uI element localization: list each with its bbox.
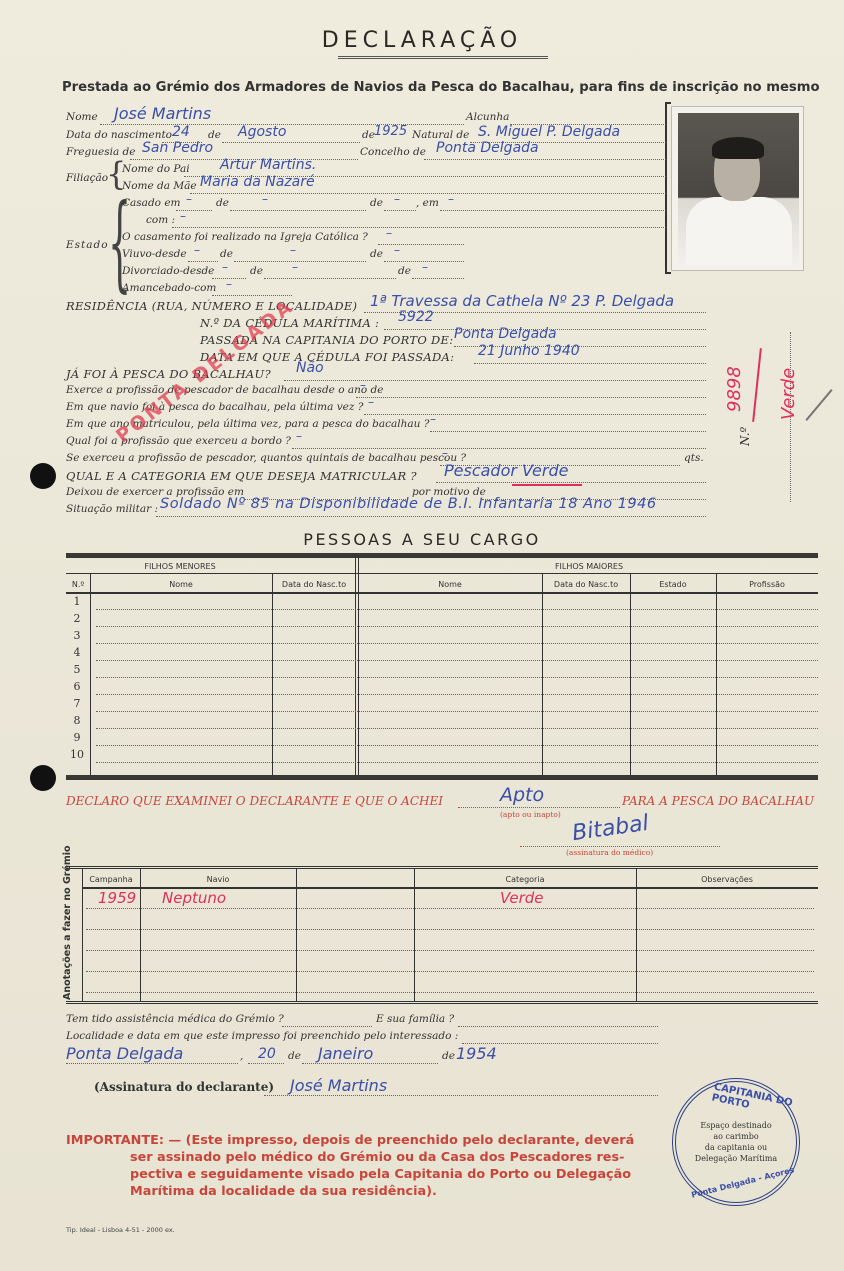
de-label: de [362, 129, 375, 141]
residencia-field[interactable]: 1ª Travessa da Cathela Nº 23 P. Delgada [370, 292, 674, 310]
maiores-header: FILHOS MAIORES [360, 562, 818, 571]
casado-mes-value: – [262, 192, 268, 206]
residencia-label: RESIDÊNCIA (RUA, NÚMERO E LOCALIDADE) [66, 299, 357, 313]
binder-hole [30, 765, 56, 791]
rule [66, 573, 818, 574]
important-line: pectiva e seguidamente visado pela Capit… [66, 1166, 652, 1183]
important-line: ser assinado pelo médico do Grémio ou da… [66, 1149, 652, 1166]
categoria-field[interactable]: Pescador Verde [444, 461, 568, 480]
cedula-field[interactable]: 5922 [398, 309, 434, 325]
quintais-label: Se exerceu a profissão de pescador, quan… [66, 452, 466, 464]
categoria-cell: Verde [500, 889, 544, 907]
navio-label: Em que navio foi à pesca do bacalhau, pe… [66, 401, 363, 413]
nome-field[interactable]: José Martins [114, 104, 211, 123]
casado-local-value: – [448, 192, 454, 206]
side-number-value: 9898 [724, 366, 745, 412]
red-underline [512, 484, 582, 486]
table-bottom-rule [66, 775, 818, 780]
table-row[interactable]: 3 [66, 628, 818, 645]
amancebado-field[interactable] [212, 295, 292, 296]
annotations-bottom-rule [66, 1001, 818, 1004]
qts-label: qts. [684, 452, 704, 464]
title-underline [338, 56, 548, 59]
mes-line [302, 1063, 438, 1064]
pai-label: Nome do Pai [122, 163, 190, 175]
important-lead: IMPORTANTE: — (Este impresso, depois de … [66, 1132, 652, 1149]
familia-field[interactable] [458, 1026, 658, 1027]
nascimento-dia-field[interactable]: 24 [172, 124, 190, 140]
apto-hint: (apto ou inapto) [500, 810, 561, 819]
igreja-label: O casamento foi realizado na Igreja Cató… [122, 231, 368, 243]
row-number: 2 [62, 612, 92, 625]
section-title-dependents: PESSOAS A SEU CARGO [0, 530, 844, 549]
page-title: DECLARAÇÃO [0, 28, 844, 53]
de-label: de [398, 265, 411, 277]
stamp-inner-text: Espaço destinado ao carimbo da capitania… [676, 1120, 796, 1164]
row-number: 8 [62, 714, 92, 727]
divorciado-dia-value: – [222, 260, 228, 274]
divorciado-ano-field[interactable] [412, 278, 464, 279]
printer-footer: Tip. Ideal - Lisboa 4-51 - 2000 ex. [66, 1226, 175, 1234]
col-maiores-data: Data do Nasc.to [542, 580, 630, 589]
closing-dia-field[interactable]: 20 [258, 1046, 276, 1062]
medical-declaration: DECLARO QUE EXAMINEI O DECLARANTE E QUE … [66, 794, 443, 808]
closing-ano-field[interactable]: 1954 [456, 1044, 497, 1063]
concelho-field[interactable]: Ponta Delgada [436, 140, 539, 156]
viuvo-mes-value: – [290, 243, 296, 257]
divorciado-ano-value: – [422, 260, 428, 274]
exerce-field[interactable] [356, 397, 706, 398]
declaration-form: DECLARAÇÃO Prestada ao Grémio dos Armado… [0, 0, 844, 1271]
apto-field[interactable]: Apto [500, 784, 544, 806]
mes-line [222, 142, 360, 143]
binder-hole [30, 463, 56, 489]
concelho-label: Concelho de [360, 146, 426, 158]
page-subtitle: Prestada ao Grémio dos Armadores de Navi… [62, 80, 832, 95]
id-photo [671, 106, 804, 271]
row-number: 10 [62, 748, 92, 761]
table-row[interactable]: 1959 Neptuno Verde [82, 889, 818, 910]
assistencia-label: Tem tido assistência médica do Grémio ? [66, 1013, 284, 1025]
assistencia-field[interactable] [282, 1026, 372, 1027]
col-navio: Navio [140, 875, 296, 884]
mae-label: Nome da Mãe [122, 180, 197, 192]
localidade-field[interactable]: Ponta Delgada [66, 1044, 183, 1063]
filiacao-label: Filiação [66, 172, 108, 184]
row-number: 6 [62, 680, 92, 693]
viuvo-mes-field[interactable] [234, 261, 366, 262]
de-label: de [370, 197, 383, 209]
exerce-label: Exerce a profissão de pescador de bacalh… [66, 384, 384, 396]
stamp-ring-top: CAPITANIA DO PORTO [711, 1082, 798, 1121]
divorciado-mes-field[interactable] [264, 278, 396, 279]
col-estado: Estado [630, 580, 716, 589]
important-line: Marítima da localidade da sua residência… [66, 1183, 652, 1200]
important-notice: IMPORTANTE: — (Este impresso, depois de … [66, 1132, 652, 1200]
casado-local-field[interactable] [440, 210, 666, 211]
em-label: , em [416, 197, 439, 209]
side-verde-value: Verde [778, 368, 799, 420]
divorciado-label: Divorciado-desde [122, 265, 214, 277]
localidade-label: Localidade e data em que este impresso f… [66, 1030, 458, 1042]
casado-dia-value: – [186, 192, 192, 206]
menores-header: FILHOS MENORES [90, 562, 270, 571]
table-row[interactable] [82, 973, 818, 994]
annotations-top-rule [66, 866, 818, 869]
ano-field[interactable] [430, 431, 706, 432]
casado-mes-field[interactable] [230, 210, 366, 211]
profissao-field[interactable] [292, 448, 706, 449]
col-menores-data: Data do Nasc.to [272, 580, 356, 589]
familia-label: E sua família ? [376, 1013, 454, 1025]
localidade-value-line [66, 1063, 238, 1064]
stamp-ring-bottom: Ponta Delgada - Açores [690, 1165, 795, 1199]
profissao-value: – [296, 429, 302, 443]
de-label: de [442, 1050, 455, 1062]
casado-label: Casado em [122, 197, 181, 209]
assinatura-label: (Assinatura do declarante) [94, 1080, 274, 1094]
divorciado-mes-value: – [292, 260, 298, 274]
de-label: de [220, 248, 233, 260]
assinatura-line [264, 1095, 658, 1096]
militar-line [156, 516, 706, 517]
table-row[interactable]: 9 [66, 730, 818, 747]
ja-foi-label: JÁ FOI À PESCA DO BACALHAU? [66, 367, 271, 381]
col-campanha: Campanha [82, 875, 140, 884]
exerce-value: – [360, 378, 366, 392]
row-number: 1 [62, 595, 92, 608]
apto-line [458, 807, 620, 808]
de-label: de [250, 265, 263, 277]
amancebado-value: – [226, 277, 232, 291]
quintais-value: – [442, 446, 448, 460]
table-row[interactable]: 2 [66, 611, 818, 628]
com-label: com : [146, 214, 175, 226]
dependents-rows: 1 2 3 4 5 6 7 8 9 10 [66, 594, 818, 764]
table-row[interactable]: 10 [66, 747, 818, 764]
de-label: de [288, 1050, 301, 1062]
red-stroke [752, 348, 762, 422]
categoria-line [436, 482, 706, 483]
navio-value: – [368, 395, 374, 409]
com-value: – [180, 209, 186, 223]
table-row[interactable]: 7 [66, 696, 818, 713]
freguesia-field[interactable]: San Pedro [142, 140, 213, 156]
col-maiores-nome: Nome [358, 580, 542, 589]
igreja-value: – [386, 226, 392, 240]
declarante-signature[interactable]: José Martins [290, 1076, 387, 1095]
table-row[interactable]: 6 [66, 679, 818, 696]
table-row[interactable] [82, 952, 818, 973]
capitania-stamp: CAPITANIA DO PORTO Ponta Delgada - Açore… [672, 1078, 800, 1206]
ano-value: – [430, 412, 436, 426]
alcunha-label: Alcunha [466, 111, 509, 123]
check-mark [805, 389, 832, 421]
passada-field[interactable]: Ponta Delgada [454, 326, 557, 342]
natural-field[interactable]: S. Miguel P. Delgada [478, 124, 620, 140]
viuvo-dia-value: – [194, 243, 200, 257]
casado-ano-value: – [394, 192, 400, 206]
campanha-cell: 1959 [98, 889, 136, 907]
annotations-side-label: Anotações a fazer no Grémio [62, 845, 73, 1000]
row-number: 4 [62, 646, 92, 659]
viuvo-dia-field[interactable] [188, 261, 218, 262]
ja-foi-field[interactable]: Não [296, 360, 324, 376]
categoria-label: QUAL E A CATEGORIA EM QUE DESEJA MATRICU… [66, 469, 417, 483]
navio-cell: Neptuno [162, 889, 226, 907]
row-number: 3 [62, 629, 92, 642]
viuvo-label: Viuvo-desde [122, 248, 187, 260]
col-menores-nome: Nome [90, 580, 272, 589]
estado-label: Estado [66, 239, 109, 251]
medical-para: PARA A PESCA DO BACALHAU [622, 794, 814, 808]
com-field[interactable] [172, 227, 666, 228]
amancebado-label: Amancebado-com [122, 282, 216, 294]
row-number: 9 [62, 731, 92, 744]
annotations-rows: 1959 Neptuno Verde [82, 889, 818, 994]
col-profissao: Profissão [716, 580, 818, 589]
nome-label: Nome [66, 111, 98, 123]
ja-foi-line [284, 380, 706, 381]
row-number: 7 [62, 697, 92, 710]
table-top-rule [66, 553, 818, 558]
militar-label: Situação militar : [66, 503, 158, 515]
medico-line [520, 846, 720, 847]
de-label: de [370, 248, 383, 260]
data-cedula-field[interactable]: 21 Junho 1940 [478, 343, 580, 359]
data-cedula-line [474, 363, 706, 364]
militar-field[interactable]: Soldado Nº 85 na Disponibilidade de B.I.… [160, 496, 657, 512]
closing-mes-field[interactable]: Janeiro [318, 1044, 373, 1063]
col-observacoes: Observações [636, 875, 818, 884]
dia-line [248, 1063, 284, 1064]
medico-hint: (assinatura do médico) [566, 848, 653, 857]
viuvo-ano-value: – [394, 243, 400, 257]
de-label: de [216, 197, 229, 209]
medico-signature[interactable]: Bitabal [571, 811, 651, 846]
mae-field[interactable]: Maria da Nazaré [200, 174, 315, 190]
row-number: 5 [62, 663, 92, 676]
table-row[interactable] [82, 910, 818, 931]
side-number-label: N.º [738, 427, 752, 446]
igreja-field[interactable] [378, 244, 464, 245]
concelho-line [424, 159, 666, 160]
col-numero: N.º [66, 580, 90, 589]
casado-ano-field[interactable] [384, 210, 416, 211]
table-row[interactable]: 4 [66, 645, 818, 662]
pai-field[interactable]: Artur Martins. [220, 157, 316, 173]
profissao-label: Qual foi a profissão que exerceu a bordo… [66, 435, 291, 447]
nascimento-mes-field[interactable]: Agosto [238, 124, 286, 140]
col-categoria: Categoria [414, 875, 636, 884]
navio-field[interactable] [364, 414, 706, 415]
nascimento-ano-field[interactable]: 1925 [374, 124, 407, 139]
table-row[interactable]: 5 [66, 662, 818, 679]
table-row[interactable]: 1 [66, 594, 818, 611]
table-row[interactable]: 8 [66, 713, 818, 730]
table-row[interactable] [82, 931, 818, 952]
